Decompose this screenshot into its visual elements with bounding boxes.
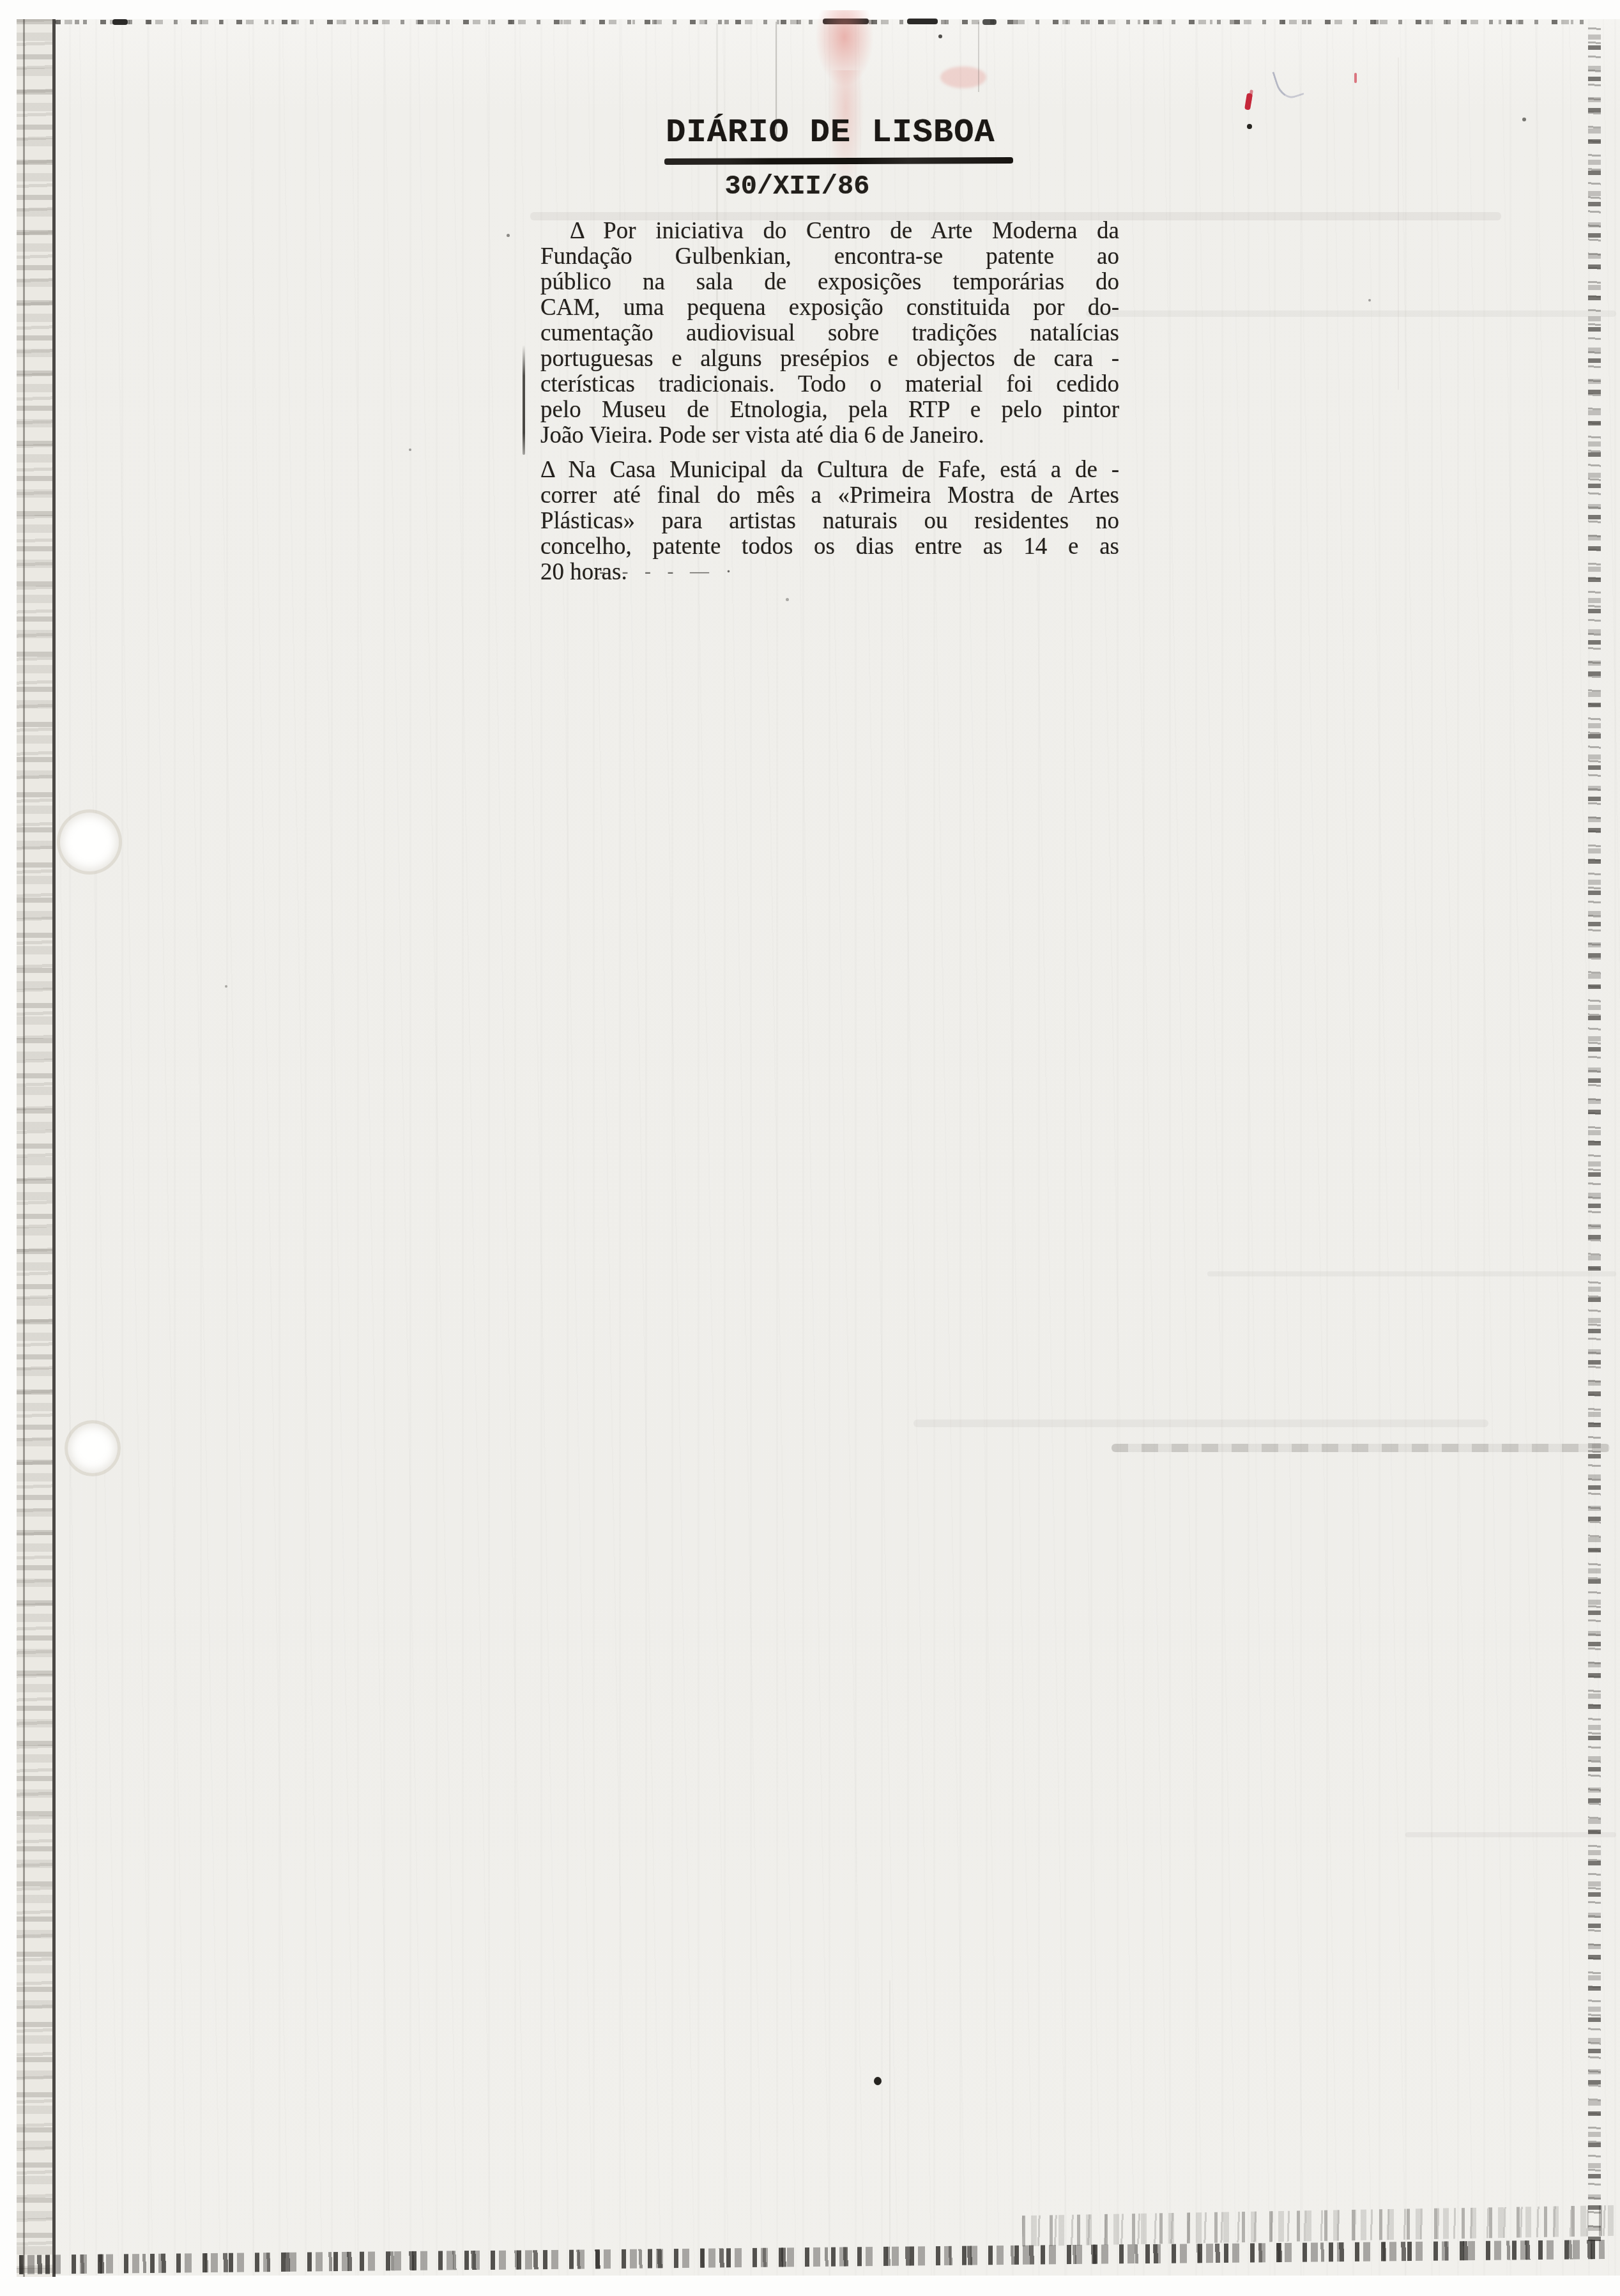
text-line: cumentação audiovisual sobre tradições n… <box>540 321 1119 346</box>
gray-smudge <box>1207 1271 1616 1276</box>
ink-speck <box>409 448 411 451</box>
title-underline <box>664 157 1013 165</box>
text-line: público na sala de exposições temporária… <box>540 270 1119 295</box>
ink-speck <box>1368 299 1371 302</box>
scan-edge-top-segment <box>112 19 128 25</box>
scan-edge-right <box>1588 24 1601 2241</box>
issue-date: 30/XII/86 <box>714 171 880 202</box>
text-line: CAM, uma pequena exposição constituida p… <box>540 295 1119 321</box>
scan-edge-top-segment <box>907 19 938 24</box>
paper-crease <box>1398 57 1399 390</box>
ink-speck <box>938 34 942 38</box>
text-line: concelho, patente todos os dias entre as… <box>540 534 1119 560</box>
gray-smudge <box>1112 1444 1610 1452</box>
ink-speck <box>507 234 510 237</box>
ink-speck <box>225 985 227 988</box>
scan-edge-top-segment <box>982 19 997 25</box>
clipping-edge-line <box>523 345 525 455</box>
text-line: portuguesas e alguns presépios e objecto… <box>540 346 1119 372</box>
publication-title: DIÁRIO DE LISBOA <box>658 114 1003 151</box>
text-line: Δ Na Casa Municipal da Cultura de Fafe, … <box>540 457 1119 483</box>
punch-hole-bottom <box>68 1423 118 1473</box>
text-line: cterísticas tradicionais. Todo o materia… <box>540 372 1119 397</box>
ink-speck <box>786 598 789 601</box>
article-paragraph: Δ Por iniciativa do Centro de Arte Moder… <box>540 218 1119 448</box>
news-clipping: Δ Por iniciativa do Centro de Arte Moder… <box>540 218 1119 585</box>
scan-edge-left <box>17 19 56 2277</box>
text-line: João Vieira. Pode ser vista até dia 6 de… <box>540 423 1119 448</box>
red-tick-mark <box>1354 73 1357 83</box>
pink-smudge <box>940 66 986 88</box>
paper-crease <box>978 22 979 92</box>
text-line: pelo Museu de Etnologia, pela RTP e pelo… <box>540 397 1119 423</box>
gray-smudge <box>913 1420 1488 1427</box>
paper-crease <box>889 1980 890 2249</box>
text-line: Δ Por iniciativa do Centro de Arte Moder… <box>540 218 1119 244</box>
text-line: correr até final do mês a «Primeira Most… <box>540 483 1119 509</box>
gray-smudge <box>1086 310 1616 317</box>
ink-speck <box>874 2077 882 2085</box>
gray-smudge <box>1405 1832 1616 1837</box>
end-marks: - - - - — · <box>599 561 867 583</box>
ink-speck <box>1247 124 1252 129</box>
text-line: Fundação Gulbenkian, encontra-se patente… <box>540 244 1119 270</box>
ink-speck <box>1522 118 1526 121</box>
scanned-document: DIÁRIO DE LISBOA 30/XII/86 Δ Por iniciat… <box>0 0 1620 2296</box>
text-line: Plásticas» para artistas naturais ou res… <box>540 509 1119 534</box>
punch-hole-top <box>60 813 119 871</box>
